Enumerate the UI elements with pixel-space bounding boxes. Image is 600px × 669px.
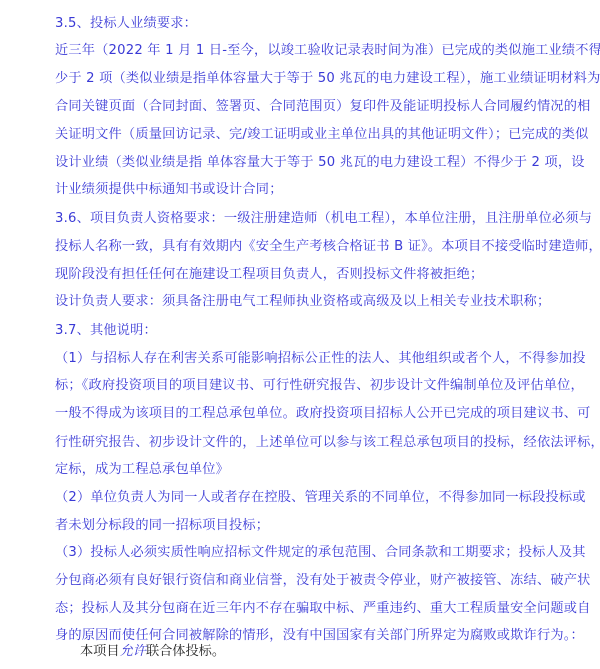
text-line: 分包商必须有良好银行资信和商业信誉，没有处于被责令停业，财产被接管、冻结、破产状	[55, 569, 591, 588]
text-line: 关证明文件（质量回访记录、完/竣工证明或业主单位出具的其他证明文件）；已完成的类…	[55, 123, 589, 142]
text-line: （3）投标人必须实质性响应招标文件规定的承包范围、合同条款和工期要求；投标人及其	[55, 541, 586, 560]
text-line: 计业绩须提供中标通知书或设计合同；	[55, 178, 283, 197]
text-line: 3.5、投标人业绩要求：	[55, 12, 197, 31]
final-paragraph: 本项目允许联合体投标。	[80, 640, 225, 659]
final-emphasis: 允许	[120, 644, 146, 659]
text-line: 定标，成为工程总承包单位》	[55, 458, 229, 477]
text-line: 设计负责人要求：须具备注册电气工程师执业资格或高级及以上相关专业技术职称；	[55, 290, 550, 309]
text-line: 近三年（2022 年 1 月 1 日-至今，以竣工验收记录表时间为准）已完成的类…	[55, 39, 600, 58]
text-line: （2）单位负责人为同一人或者存在控股、管理关系的不同单位，不得参加同一标段投标或	[55, 486, 586, 505]
text-line: 一般不得成为该项目的工程总承包单位。政府投资项目招标人公开已完成的项目建议书、可	[55, 402, 591, 421]
text-line: 设计业绩（类似业绩是指 单体容量大于等于 50 兆瓦的电力建设工程）不得少于 2…	[55, 151, 585, 170]
text-line: 现阶段没有担任任何在施建设工程项目负责人，否则投标文件将被拒绝；	[55, 263, 483, 282]
text-line: 合同关键页面（合同封面、签署页、合同范围页）复印件及能证明投标人合同履约情况的相	[55, 95, 591, 114]
final-prefix: 本项目	[80, 644, 120, 659]
text-line: 3.6、项目负责人资格要求：一级注册建造师（机电工程），本单位注册，且注册单位必…	[55, 207, 592, 226]
final-suffix: 联合体投标。	[146, 644, 225, 659]
text-line: 者未划分标段的同一招标项目投标；	[55, 514, 269, 533]
text-line: 少于 2 项（类似业绩是指单体容量大于等于 50 兆瓦的电力建设工程），施工业绩…	[55, 67, 600, 86]
text-line: 标；《政府投资项目的项目建议书、可行性研究报告、初步设计文件编制单位及评估单位，	[55, 374, 584, 393]
text-line: 投标人名称一致，具有有效期内《安全生产考核合格证书 B 证》。本项目不接受临时建…	[55, 235, 600, 254]
text-line: 行性研究报告、初步设计文件的，上述单位可以参与该工程总承包项目的投标，经依法评标…	[55, 431, 600, 450]
text-line: 3.7、其他说明：	[55, 319, 157, 338]
text-line: （1）与招标人存在利害关系可能影响招标公正性的法人、其他组织或者个人，不得参加投	[55, 347, 586, 366]
text-line: 态；投标人及其分包商在近三年内不存在骗取中标、严重违约、重大工程质量安全问题或自	[55, 597, 591, 616]
